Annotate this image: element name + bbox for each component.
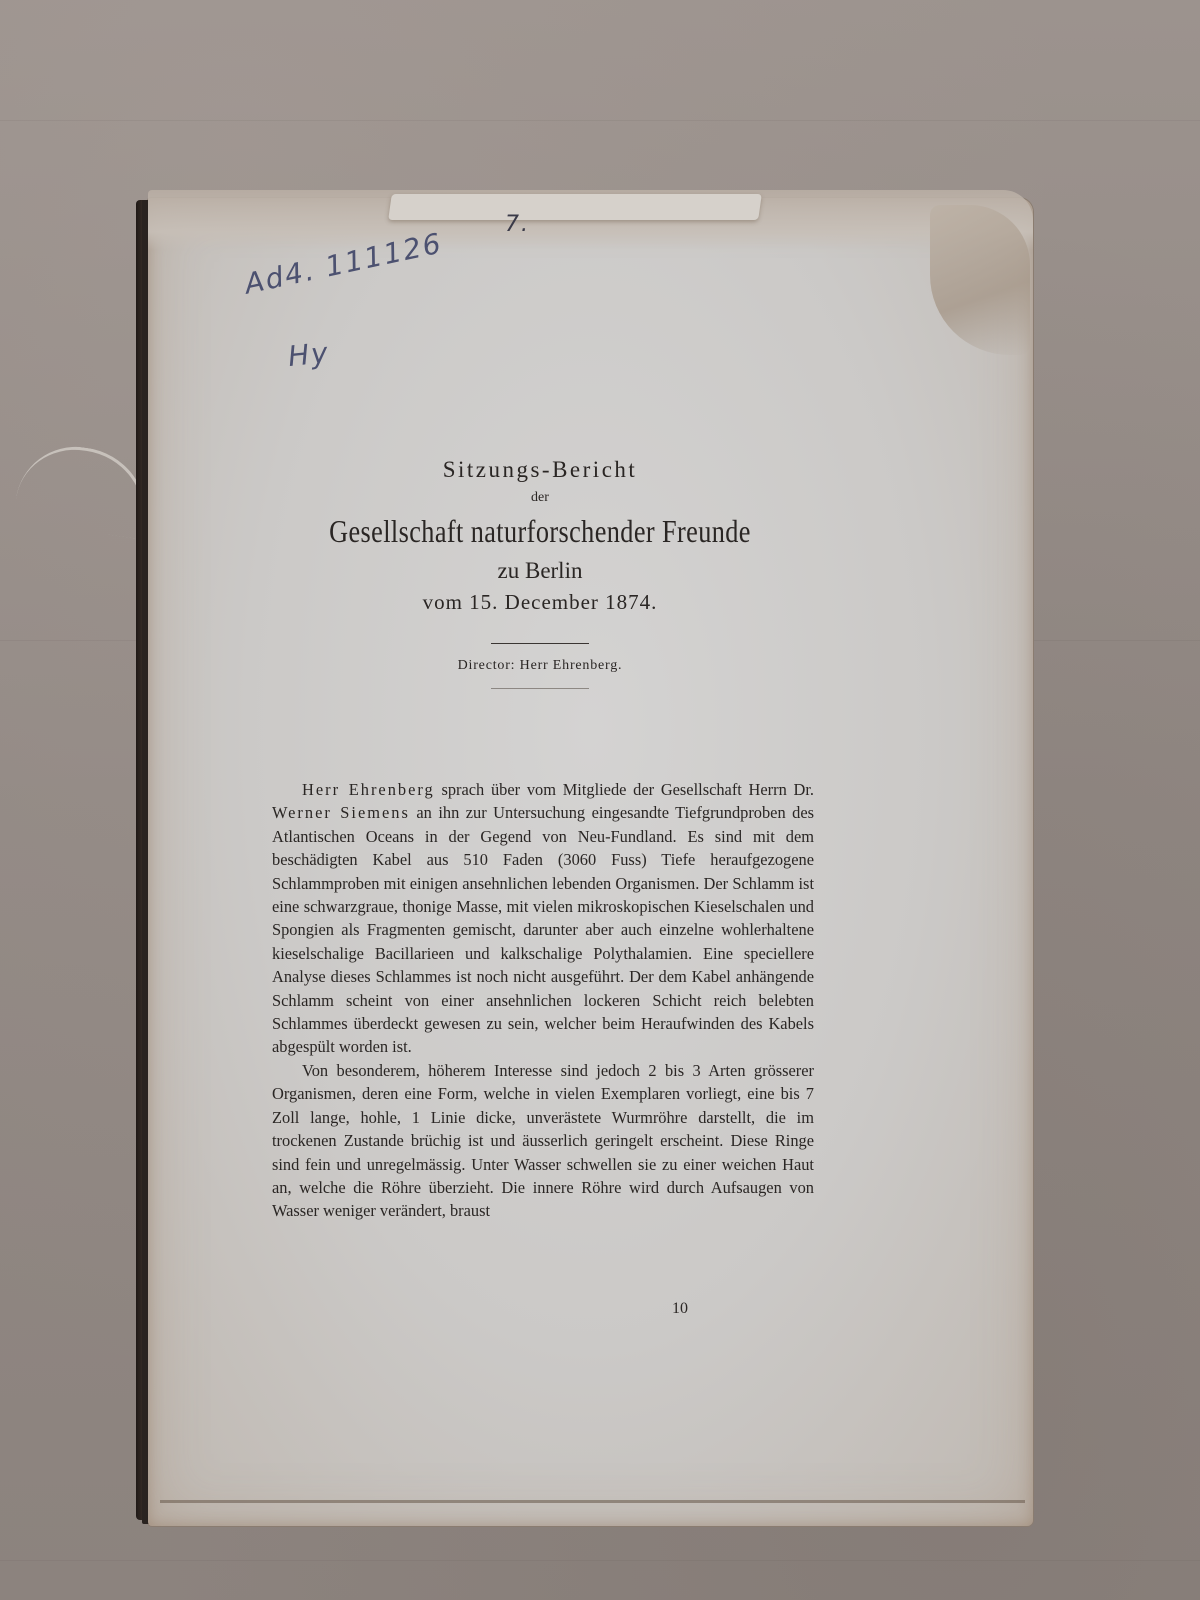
speaker-name: Herr Ehrenberg bbox=[302, 780, 435, 799]
body-text: Herr Ehrenberg sprach über vom Mitgliede… bbox=[272, 778, 814, 1223]
title-divider bbox=[491, 643, 589, 644]
society-name: Gesellschaft naturforschender Freunde bbox=[278, 511, 803, 551]
cardboard-texture bbox=[0, 1560, 1200, 1561]
director-line: Director: Herr Ehrenberg. bbox=[280, 658, 800, 674]
title-block: Sitzungs-Bericht der Gesellschaft naturf… bbox=[280, 455, 800, 689]
meeting-date: vom 15. December 1874. bbox=[280, 587, 800, 617]
paragraph-1: Herr Ehrenberg sprach über vom Mitgliede… bbox=[272, 778, 814, 1059]
handwritten-page-number: 7. bbox=[505, 212, 530, 237]
title-city: zu Berlin bbox=[280, 555, 800, 587]
paragraph-1-text-b: an ihn zur Untersuchung eingesandte Tief… bbox=[272, 803, 814, 1056]
handwritten-initials: Hy bbox=[286, 336, 331, 373]
title-article: der bbox=[280, 487, 800, 509]
report-title: Sitzungs-Bericht bbox=[280, 455, 800, 485]
person-name: Werner Siemens bbox=[272, 803, 410, 822]
page-number: 10 bbox=[672, 1300, 688, 1318]
folded-flap bbox=[388, 194, 762, 220]
binding-string bbox=[13, 439, 156, 540]
director-divider bbox=[491, 688, 589, 689]
page-bottom-edge bbox=[160, 1500, 1025, 1503]
paragraph-2: Von besonderem, höherem Interesse sind j… bbox=[272, 1059, 814, 1223]
cardboard-texture bbox=[0, 120, 1200, 121]
paragraph-1-text-a: sprach über vom Mitgliede der Gesellscha… bbox=[435, 780, 814, 799]
